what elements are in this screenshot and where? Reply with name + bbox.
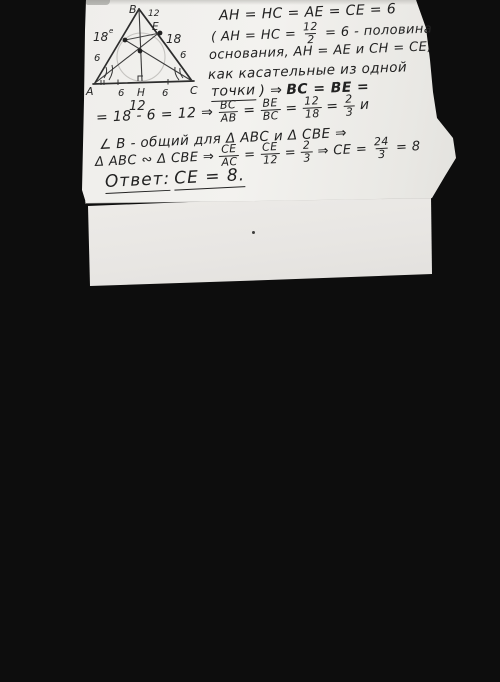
side-ab xyxy=(95,9,139,83)
fraction-denominator: BC xyxy=(260,109,281,123)
answer-label: Ответ: xyxy=(104,169,170,194)
touch-point-dot-left xyxy=(123,38,128,43)
side-ac xyxy=(93,81,194,84)
fraction-12-2: 12 2 xyxy=(301,21,321,46)
fraction-denominator: 3 xyxy=(343,105,355,118)
fraction-numerator: 2 xyxy=(301,139,313,151)
fraction-2-3: 2 3 xyxy=(343,93,356,118)
fraction-ce-ac: CE AC xyxy=(219,143,240,168)
fraction-denominator: 3 xyxy=(376,147,388,160)
length-12-top-label: 12 xyxy=(148,9,160,19)
ink-speck xyxy=(252,231,255,234)
line6-end: и xyxy=(359,97,369,113)
point-e-label: E xyxy=(152,21,159,33)
triangle-figure: B 12 E 18 18 e 6 6 A 6 H 6 C 12 xyxy=(82,0,218,116)
point-h-label: H xyxy=(137,87,145,99)
fraction-numerator: 2 xyxy=(343,93,355,105)
fraction-numerator: 12 xyxy=(301,21,320,33)
fraction-numerator: CE xyxy=(219,143,239,155)
fraction-numerator: BE xyxy=(260,97,280,109)
line2-pre: ( AH = HC = xyxy=(211,26,297,44)
equals-sign: = xyxy=(326,98,339,115)
equals-sign: = xyxy=(244,147,256,163)
blank-paper-sheet xyxy=(88,196,432,288)
fraction-denominator: 3 xyxy=(301,151,313,164)
fraction-numerator: 12 xyxy=(302,95,321,107)
length-6-bottom-right-label: 6 xyxy=(162,88,168,99)
small-e-mark: e xyxy=(109,27,113,35)
line8-pre: Δ ABC ∾ Δ CBE ⇒ xyxy=(95,149,215,170)
fraction-denominator: 18 xyxy=(303,107,322,120)
length-6-right-label: 6 xyxy=(180,50,186,61)
length-6-bottom-left-label: 6 xyxy=(118,88,124,99)
length-18-right-label: 18 xyxy=(166,32,182,46)
vertex-c-label: C xyxy=(190,84,198,97)
equals-sign: = xyxy=(285,100,298,117)
vertex-b-label: B xyxy=(129,3,137,16)
fraction-numerator: CE xyxy=(260,141,280,153)
length-18-left-label: 18 xyxy=(93,30,109,44)
fraction-12-18: 12 18 xyxy=(302,95,322,120)
equals-sign: = xyxy=(285,145,297,161)
fraction-ce-12: CE 12 xyxy=(260,141,281,166)
length-6-left-label: 6 xyxy=(94,53,100,64)
fraction-be-bc: BE BC xyxy=(260,97,281,122)
fraction-bc-ab: BC AB xyxy=(218,99,239,124)
photo-of-handwritten-solution: B 12 E 18 18 e 6 6 A 6 H 6 C 12 AH = HC … xyxy=(0,0,500,682)
answer-value: CE = 8. xyxy=(174,165,246,190)
line2-post: = 6 - половина xyxy=(325,21,433,40)
line6-pre: = 18 - 6 = 12 ⇒ xyxy=(96,104,214,126)
equals-sign: = xyxy=(243,102,256,119)
fraction-denominator: 12 xyxy=(261,153,280,166)
fraction-denominator: AB xyxy=(218,111,238,125)
angle-arc-a2 xyxy=(109,65,113,80)
fraction-2-3: 2 3 xyxy=(301,139,314,164)
angle-arc-c1 xyxy=(180,68,183,78)
line8-mid: ⇒ CE = xyxy=(317,141,367,158)
center-point-dot xyxy=(138,49,143,54)
fraction-24-3: 24 3 xyxy=(372,136,392,161)
vertex-a-label: A xyxy=(85,85,94,98)
line8-end: = 8 xyxy=(396,139,421,155)
angle-arc-c2 xyxy=(175,67,179,80)
fraction-numerator: BC xyxy=(218,99,239,112)
fraction-numerator: 24 xyxy=(372,136,391,148)
cevian-bh xyxy=(139,9,142,81)
